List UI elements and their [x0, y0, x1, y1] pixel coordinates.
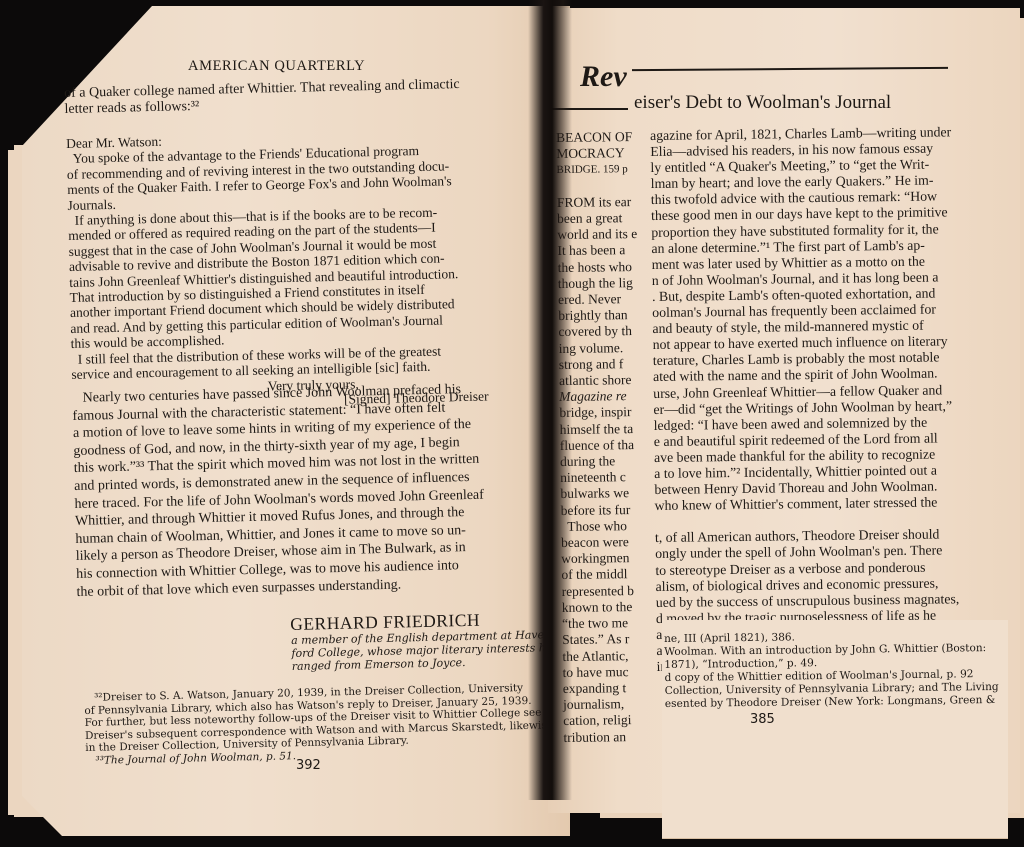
stub-line: workingmen	[561, 550, 641, 567]
letter: Dear Mr. Watson: You spoke of the advant…	[66, 127, 489, 414]
stub-line: nineteenth c	[560, 469, 640, 486]
section-head: Rev	[580, 60, 627, 94]
book-gutter	[528, 0, 572, 800]
right-body-text: agazine for April, 1821, Charles Lamb—wr…	[650, 124, 960, 675]
main-paragraph: Nearly two centuries have passed since J…	[72, 381, 486, 601]
left-page-number: 392	[296, 758, 321, 773]
stub-line: “the two me	[562, 615, 642, 632]
stub-line: States.” As r	[562, 631, 642, 648]
stub-line: Those who	[561, 518, 641, 535]
left-footnotes: ³²Dreiser to S. A. Watson, January 20, 1…	[84, 681, 554, 767]
stub-line: expanding t	[563, 680, 643, 697]
running-head: AMERICAN QUARTERLY	[188, 58, 365, 75]
stub-line: represented b	[562, 583, 642, 600]
stub-line: before its fur	[561, 502, 641, 519]
article-title: eiser's Debt to Woolman's Journal	[634, 92, 891, 114]
stub-line: the Atlantic,	[562, 647, 642, 664]
stub-line: journalism,	[563, 696, 643, 713]
author-bio: a member of the English department at Ha…	[291, 628, 566, 673]
stub-line: to have muc	[563, 664, 643, 681]
right-footnotes: ne, III (April 1821), 386. Woolman. With…	[664, 629, 999, 711]
stub-line: known to the	[562, 599, 642, 616]
stub-line: bulwarks we	[560, 485, 640, 502]
stub-line: cation, religi	[563, 712, 643, 729]
stub-line: beacon were	[561, 534, 641, 551]
article-title-text: eiser's Debt to Woolman's Journal	[634, 92, 891, 113]
right-page-number: 385	[750, 712, 775, 727]
stub-line: of the middl	[561, 566, 641, 583]
stub-line: tribution an	[563, 728, 643, 745]
